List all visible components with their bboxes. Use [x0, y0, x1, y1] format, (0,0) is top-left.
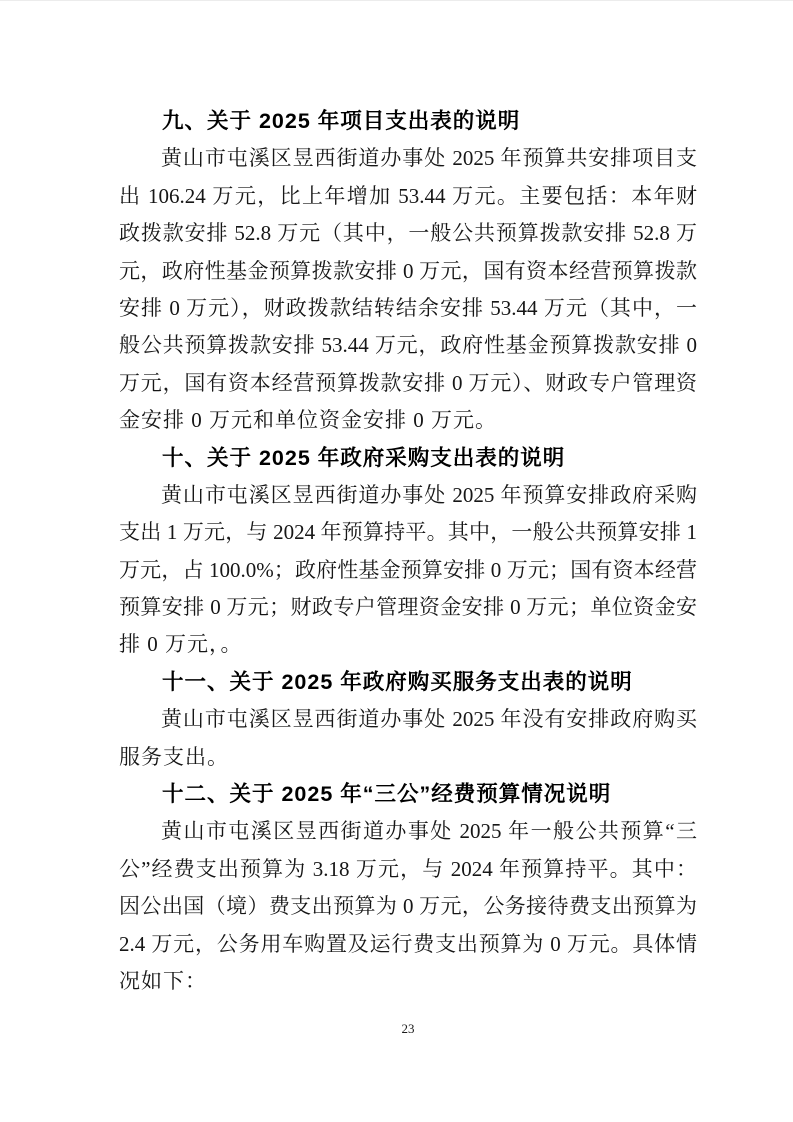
paragraph-line: 出 106.24 万元，比上年增加 53.44 万元。主要包括：本年财: [119, 178, 697, 215]
page-number: 23: [119, 1021, 697, 1037]
paragraph-line: 黄山市屯溪区昱西街道办事处 2025 年预算共安排项目支: [119, 140, 697, 177]
document-page: 九、关于 2025 年项目支出表的说明 黄山市屯溪区昱西街道办事处 2025 年…: [0, 0, 793, 1122]
paragraph-line: 万元，占 100.0%；政府性基金预算安排 0 万元；国有资本经营: [119, 552, 697, 589]
section-heading-11: 十一、关于 2025 年政府购买服务支出表的说明: [119, 664, 697, 701]
document-content: 九、关于 2025 年项目支出表的说明 黄山市屯溪区昱西街道办事处 2025 年…: [119, 1, 697, 1000]
paragraph-line: 政拨款安排 52.8 万元（其中，一般公共预算拨款安排 52.8 万: [119, 215, 697, 252]
paragraph-line: 般公共预算拨款安排 53.44 万元，政府性基金预算拨款安排 0: [119, 327, 697, 364]
paragraph-line: 支出 1 万元，与 2024 年预算持平。其中，一般公共预算安排 1: [119, 514, 697, 551]
paragraph-line: 因公出国（境）费支出预算为 0 万元，公务接待费支出预算为: [119, 888, 697, 925]
paragraph-line: 黄山市屯溪区昱西街道办事处 2025 年没有安排政府购买: [119, 701, 697, 738]
paragraph-line: 万元，国有资本经营预算拨款安排 0 万元）、财政专户管理资: [119, 365, 697, 402]
paragraph-line: 元，政府性基金预算拨款安排 0 万元，国有资本经营预算拨款: [119, 253, 697, 290]
paragraph-line: 安排 0 万元），财政拨款结转结余安排 53.44 万元（其中，一: [119, 290, 697, 327]
paragraph-line: 黄山市屯溪区昱西街道办事处 2025 年预算安排政府采购: [119, 477, 697, 514]
paragraph-line: 黄山市屯溪区昱西街道办事处 2025 年一般公共预算“三: [119, 813, 697, 850]
section-heading-12: 十二、关于 2025 年“三公”经费预算情况说明: [119, 776, 697, 813]
paragraph-line: 2.4 万元，公务用车购置及运行费支出预算为 0 万元。具体情: [119, 926, 697, 963]
paragraph-line: 服务支出。: [119, 739, 697, 776]
paragraph-line: 况如下：: [119, 963, 697, 1000]
paragraph-line: 排 0 万元，。: [119, 626, 697, 663]
section-heading-9: 九、关于 2025 年项目支出表的说明: [119, 103, 697, 140]
section-heading-10: 十、关于 2025 年政府采购支出表的说明: [119, 440, 697, 477]
paragraph-line: 预算安排 0 万元；财政专户管理资金安排 0 万元；单位资金安: [119, 589, 697, 626]
paragraph-line: 金安排 0 万元和单位资金安排 0 万元。: [119, 402, 697, 439]
paragraph-line: 公”经费支出预算为 3.18 万元，与 2024 年预算持平。其中：: [119, 851, 697, 888]
